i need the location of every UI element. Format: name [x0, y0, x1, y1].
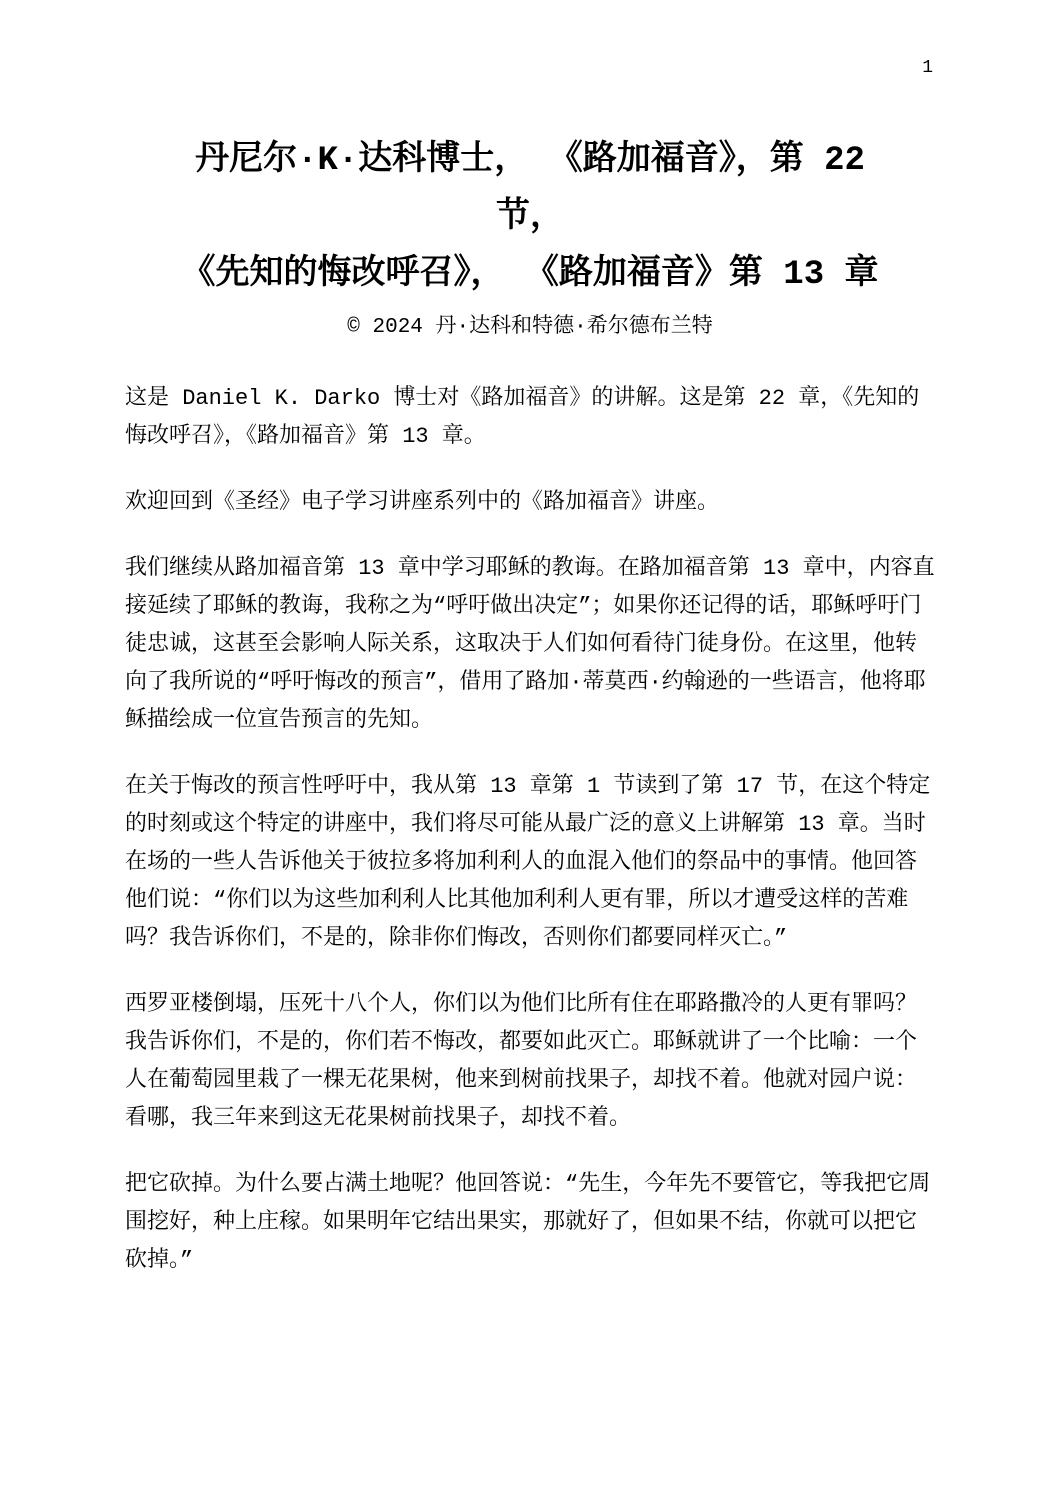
paragraph-4: 在关于悔改的预言性呼吁中，我从第 13 章第 1 节读到了第 17 节，在这个特… [125, 768, 935, 958]
paragraph-3: 我们继续从路加福音第 13 章中学习耶稣的教诲。在路加福音第 13 章中，内容直… [125, 550, 935, 740]
body-text: 这是 Daniel K. Darko 博士对《路加福音》的讲解。这是第 22 章… [125, 380, 935, 1280]
title-line-2: 节， [125, 190, 935, 247]
copyright-line: © 2024 丹·达科和特德·希尔德布兰特 [125, 313, 935, 343]
paragraph-1: 这是 Daniel K. Darko 博士对《路加福音》的讲解。这是第 22 章… [125, 380, 935, 456]
page-content: 丹尼尔·K·达科博士， 《路加福音》，第 22 节， 《先知的悔改呼召》， 《路… [125, 0, 935, 1308]
title-line-1: 丹尼尔·K·达科博士， 《路加福音》，第 22 [125, 133, 935, 190]
title-line-3: 《先知的悔改呼召》， 《路加福音》第 13 章 [125, 247, 935, 304]
document-title: 丹尼尔·K·达科博士， 《路加福音》，第 22 节， 《先知的悔改呼召》， 《路… [125, 133, 935, 304]
paragraph-2: 欢迎回到《圣经》电子学习讲座系列中的《路加福音》讲座。 [125, 484, 935, 522]
paragraph-6: 把它砍掉。为什么要占满土地呢？他回答说：“先生，今年先不要管它，等我把它周围挖好… [125, 1166, 935, 1280]
document-page: 1 丹尼尔·K·达科博士， 《路加福音》，第 22 节， 《先知的悔改呼召》， … [0, 0, 1058, 1497]
paragraph-5: 西罗亚楼倒塌，压死十八个人，你们以为他们比所有住在耶路撒冷的人更有罪吗？我告诉你… [125, 986, 935, 1138]
